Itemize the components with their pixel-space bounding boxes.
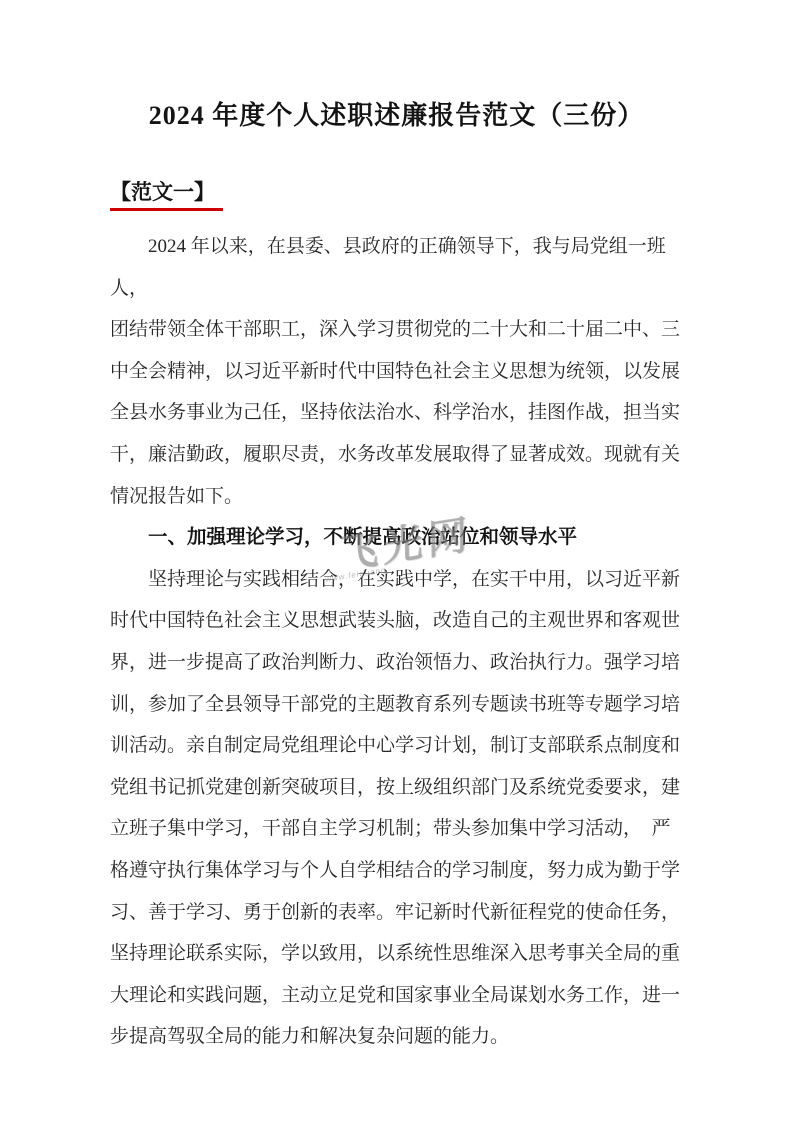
intro-paragraph: 2024 年以来，在县委、县政府的正确领导下，我与局党组一班人， 团结带领全体干…	[110, 226, 683, 517]
document-body: 2024 年度个人述职述廉报告范文（三份） 【范文一】 2024 年以来，在县委…	[110, 0, 683, 1122]
document-title: 2024 年度个人述职述廉报告范文（三份）	[110, 0, 683, 136]
sample-one-label: 【范文一】	[110, 180, 223, 211]
sample-label-row: 【范文一】	[110, 180, 683, 212]
section-heading-1: 一、加强理论学习，不断提高政治站位和领导水平	[110, 517, 683, 559]
document-page: { "document": { "title": "2024 年度个人述职述廉报…	[0, 0, 793, 1122]
body-paragraph-1: 坚持理论与实践相结合，在实践中学，在实干中用，以习近平新 时代中国特色社会主义思…	[110, 559, 683, 1058]
